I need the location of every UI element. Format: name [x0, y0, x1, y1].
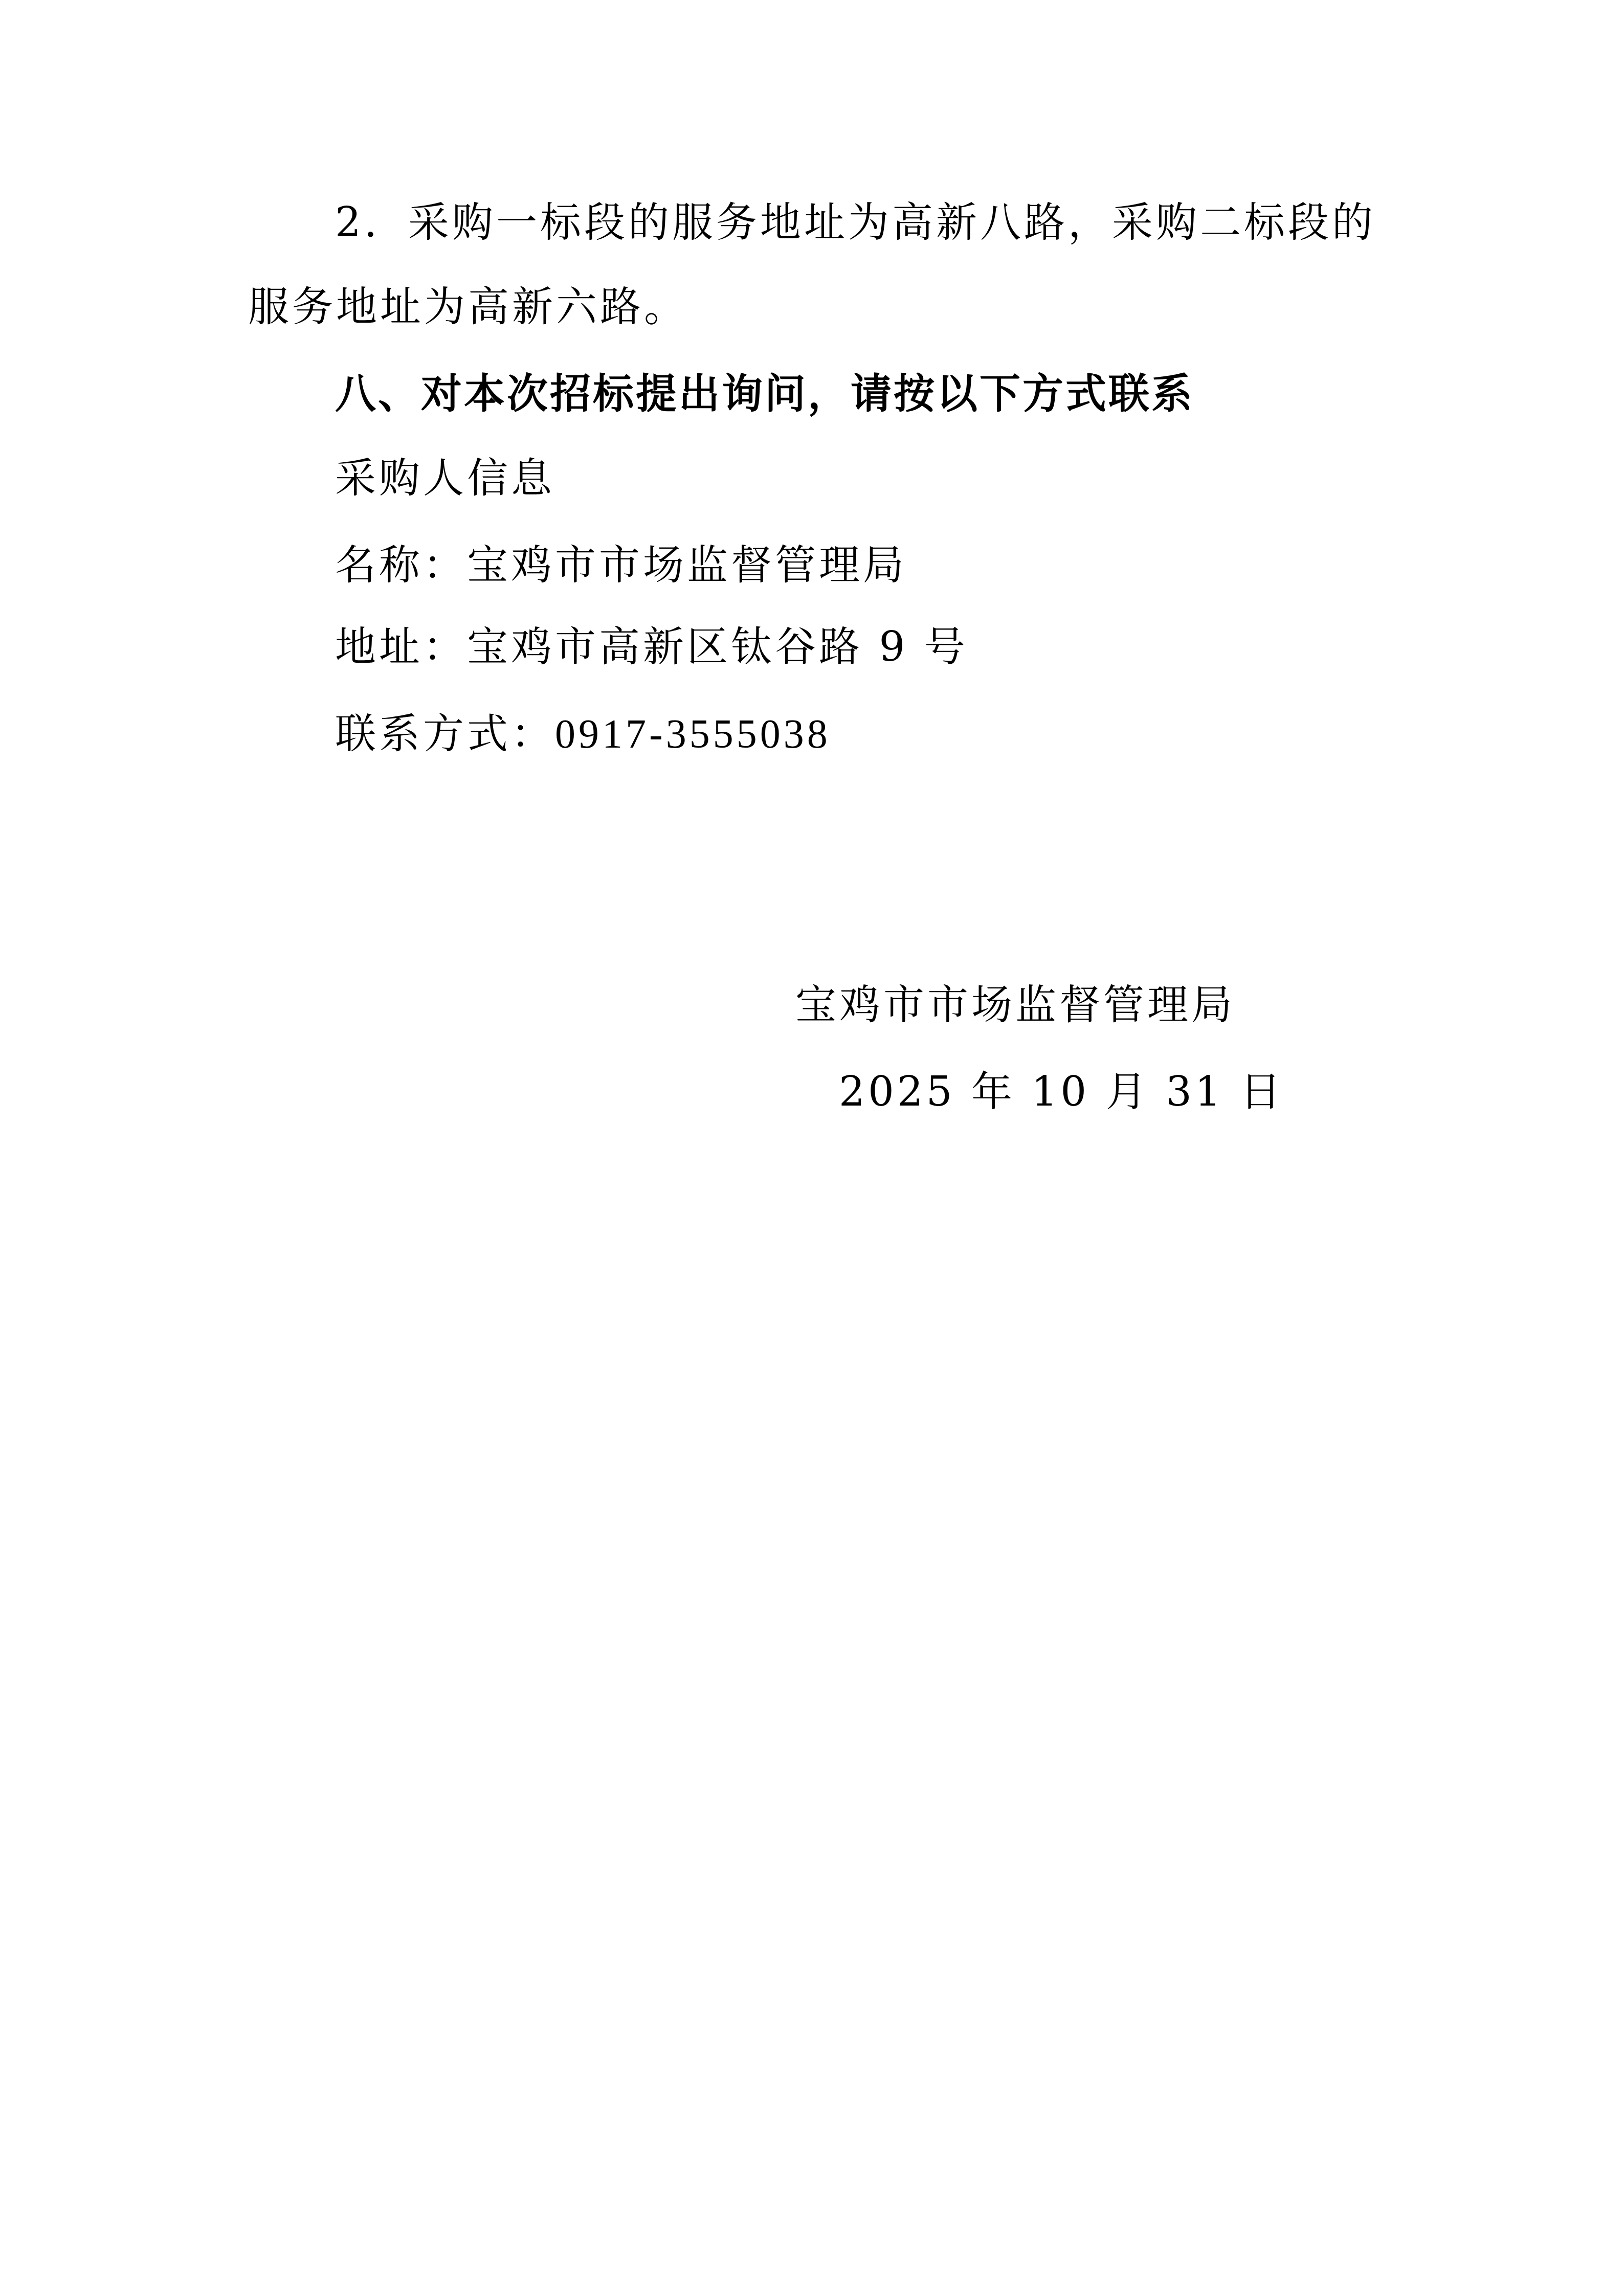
- buyer-contact-value: 0917-3555038: [555, 712, 831, 757]
- buyer-name-value: 宝鸡市市场监督管理局: [467, 541, 907, 589]
- buyer-info-title: 采购人信息: [335, 453, 555, 504]
- buyer-name-label: 名称：: [335, 541, 467, 589]
- signature-organization: 宝鸡市市场监督管理局: [795, 979, 1235, 1030]
- buyer-address-label: 地址：: [335, 623, 467, 670]
- paragraph-2-line-2: 服务地址为高新六路。: [248, 281, 688, 332]
- buyer-name-row: 名称：宝鸡市市场监督管理局: [335, 539, 907, 591]
- buyer-address-value: 宝鸡市高新区钛谷路 9 号: [467, 623, 968, 670]
- buyer-contact-row: 联系方式：0917-3555038: [335, 708, 831, 760]
- section-8-heading: 八、对本次招标提出询问，请按以下方式联系: [335, 368, 1194, 419]
- buyer-address-row: 地址：宝鸡市高新区钛谷路 9 号: [335, 621, 968, 672]
- document-page: 2．采购一标段的服务地址为高新八路，采购二标段的 服务地址为高新六路。 八、对本…: [0, 0, 1624, 2296]
- signature-date: 2025 年 10 月 31 日: [839, 1066, 1284, 1117]
- paragraph-2-line-1: 2．采购一标段的服务地址为高新八路，采购二标段的: [335, 197, 1358, 248]
- buyer-contact-label: 联系方式：: [335, 710, 555, 757]
